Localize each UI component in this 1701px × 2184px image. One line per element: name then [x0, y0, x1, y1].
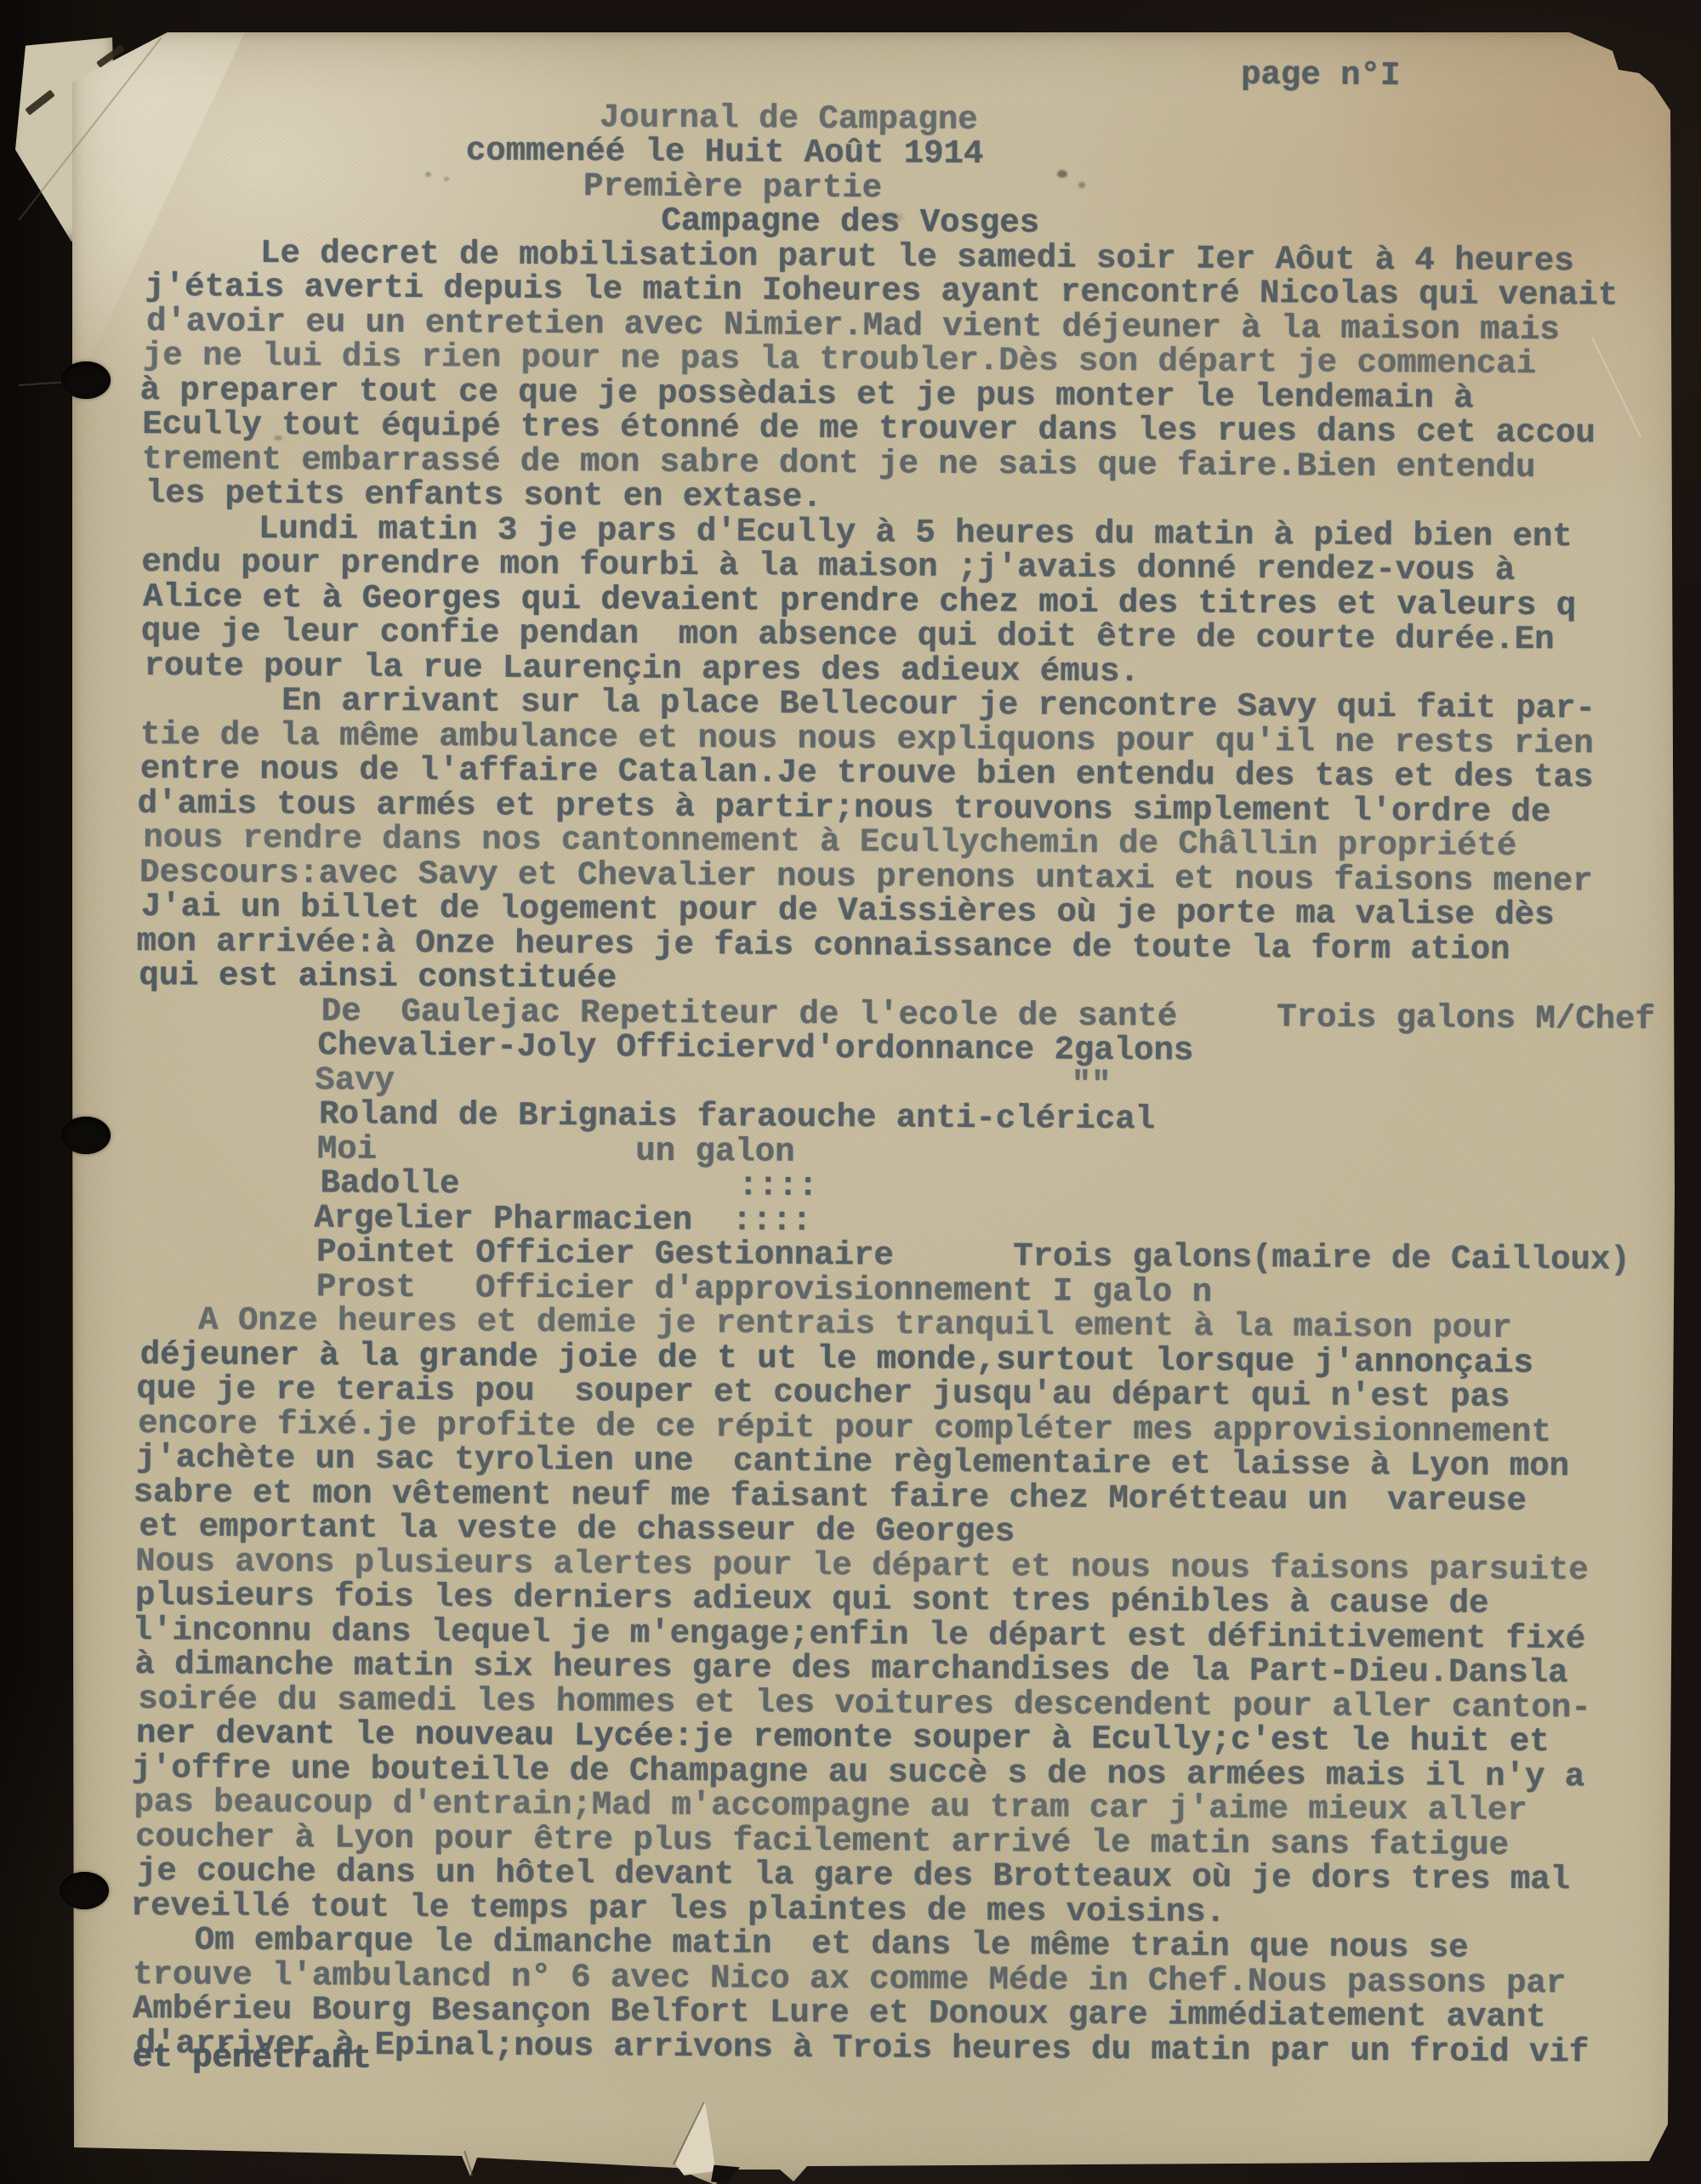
punch-hole [61, 361, 111, 399]
punch-hole [61, 1117, 111, 1154]
scanned-document-photo: { "document": { "page_label": "page n°I"… [0, 0, 1701, 2184]
punch-hole [60, 1872, 109, 1909]
typewritten-text: page n°I Journal de Campagne commenéé le… [132, 51, 1675, 2084]
